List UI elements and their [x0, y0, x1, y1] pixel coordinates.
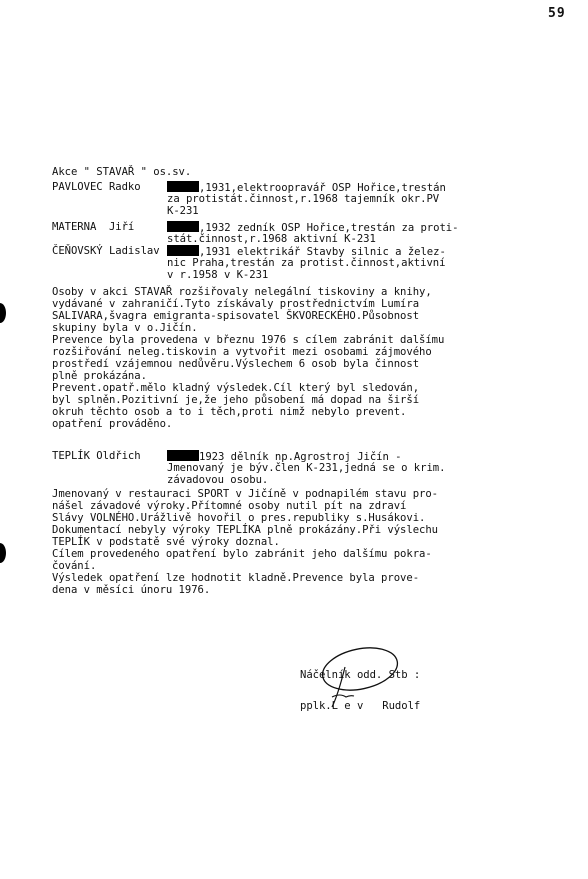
text-line: opatření prováděno.	[52, 418, 172, 430]
person-detail: Jmenovaný je býv.člen K-231,jedná se o k…	[167, 462, 445, 474]
text-line: Jmenovaný v restauraci SPORT v Jičíně v …	[52, 488, 438, 500]
person-name: PAVLOVEC Radko	[52, 181, 141, 193]
document-header: Akce " STAVAŘ " os.sv.	[52, 166, 191, 178]
signature-name: pplk.L e v Rudolf	[300, 700, 420, 712]
redaction-bar	[167, 450, 199, 461]
page-number: 59	[548, 6, 566, 21]
text-line: dena v měsíci únoru 1976.	[52, 584, 210, 596]
person-detail: K-231	[167, 205, 199, 217]
redaction-bar	[167, 245, 199, 256]
text-line: Dokumentací nebyly výroky TEPLÍKA plně p…	[52, 524, 438, 536]
text-line: čování.	[52, 560, 96, 572]
text-line: Cílem provedeného opatření bylo zabránit…	[52, 548, 432, 560]
text-line: rozšiřování neleg.tiskovin a vytvořit me…	[52, 346, 432, 358]
text-line: prostředí vzájemnou nedůvěru.Výslechem 6…	[52, 358, 419, 370]
text-line: SALIVARA,švagra emigranta-spisovatel ŠKV…	[52, 310, 419, 322]
person-name: MATERNA Jiří	[52, 221, 134, 233]
text-line: byl splněn.Pozitivní je,že jeho působení…	[52, 394, 419, 406]
text-line: Výsledek opatření lze hodnotit kladně.Pr…	[52, 572, 419, 584]
text-line: vydávané v zahraničí.Tyto získávaly pros…	[52, 298, 419, 310]
redaction-bar	[167, 221, 199, 232]
redaction-bar	[167, 181, 199, 192]
person-name: ČEŇOVSKÝ Ladislav	[52, 245, 160, 257]
text-line: skupiny byla v o.Jičín.	[52, 322, 198, 334]
text-line: okruh těchto osob a to i těch,proti nimž…	[52, 406, 406, 418]
person-name: TEPLÍK Oldřich	[52, 450, 141, 462]
text-line: Prevence byla provedena v březnu 1976 s …	[52, 334, 444, 346]
text-line: TEPLÍK v podstatě své výroky doznal.	[52, 536, 280, 548]
text-line: Osoby v akci STAVAŘ rozšiřovaly nelegáln…	[52, 286, 432, 298]
text-line: nášel závadové výroky.Přítomné osoby nut…	[52, 500, 406, 512]
signature-title: Náčelník odd. Stb :	[300, 669, 420, 681]
text-line: Slávy VOLNÉHO.Urážlivě hovořil o pres.re…	[52, 512, 425, 524]
person-detail: v r.1958 v K-231	[167, 269, 268, 281]
person-detail: stát.činnost,r.1968 aktivní K-231	[167, 233, 376, 245]
text-line: Prevent.opatř.mělo kladný výsledek.Cíl k…	[52, 382, 419, 394]
person-detail: závadovou osobu.	[167, 474, 268, 486]
person-detail: nic Praha,trestán za protist.činnost,akt…	[167, 257, 445, 269]
person-detail: za protistát.činnost,r.1968 tajemník okr…	[167, 193, 439, 205]
punch-hole	[0, 543, 6, 563]
punch-hole	[0, 303, 6, 323]
text-line: plně prokázána.	[52, 370, 147, 382]
